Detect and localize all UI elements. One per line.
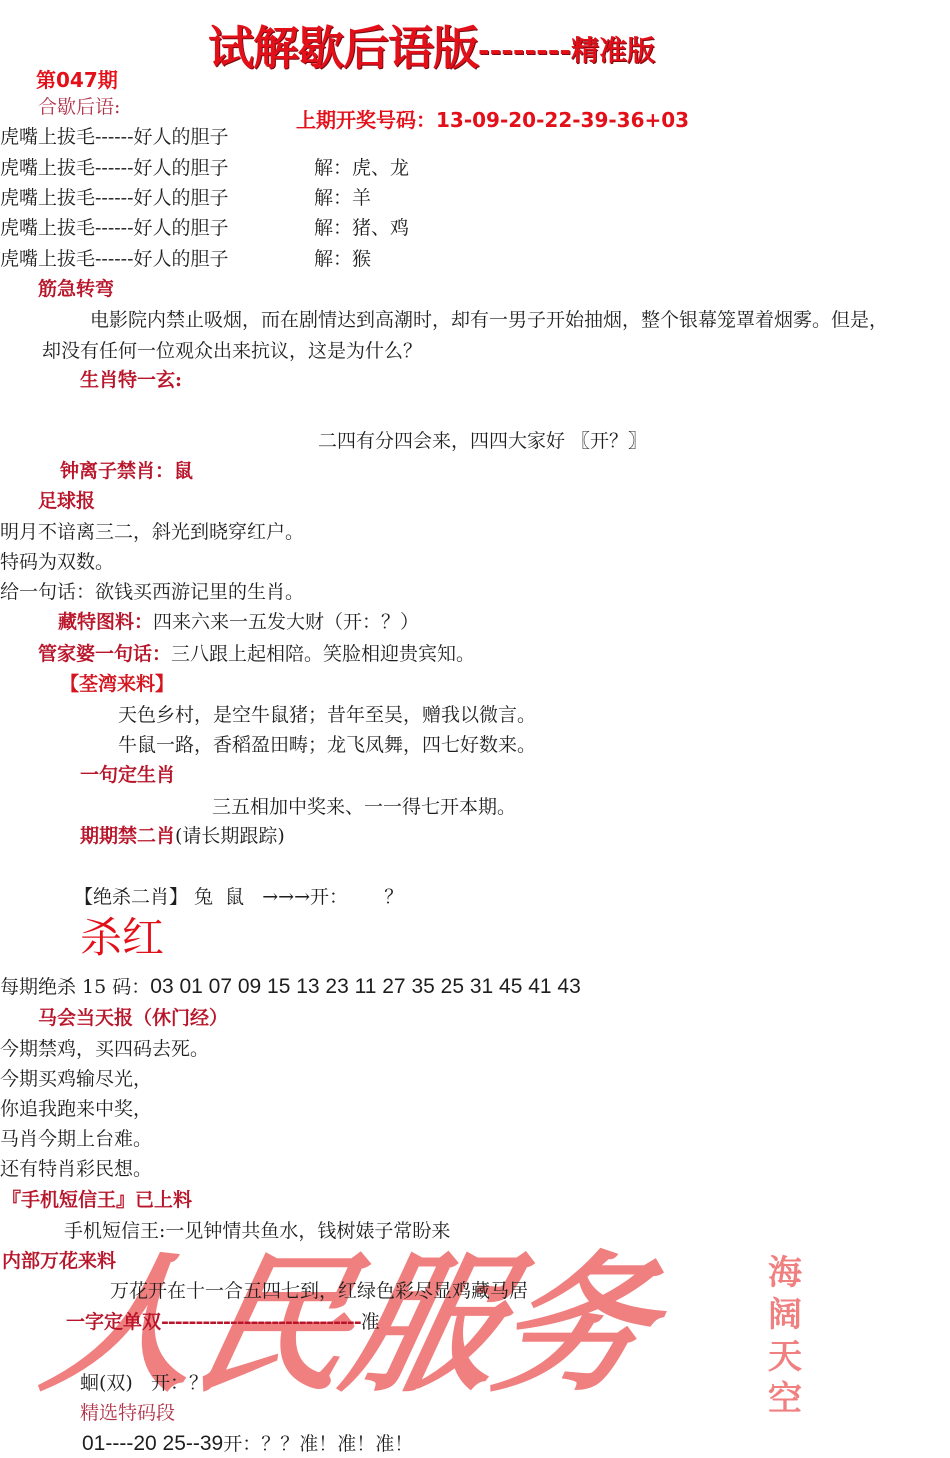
segment-heading: 精选特码段: [80, 1402, 175, 1424]
football-line: 给一句话：欲钱买西游记里的生肖。: [0, 581, 304, 603]
cangte-row: 藏特图料：四来六来一五发大财（开：？）: [58, 611, 419, 633]
document-page: 试解歇后语版--------精准版 第047期 上期开奖号码：13-09-20-…: [0, 0, 950, 1458]
sms-text: 手机短信王:一见钟情共鱼水，钱树婊子常盼来: [64, 1220, 450, 1242]
kill15-numbers: 03 01 07 09 15 13 23 11 27 35 25 31 45 4…: [150, 975, 581, 998]
qiqi-row: 期期禁二肖(请长期跟踪): [80, 825, 285, 847]
segment-row: 01----20 25--39开：？？准！准！准！: [82, 1433, 413, 1455]
wanhua-heading: 内部万花来料: [2, 1250, 116, 1272]
xiehouyu-answer: 解：虎、龙: [314, 157, 409, 179]
quanwan-heading: 【荃湾来料】: [60, 673, 174, 695]
xiehouyu-row: 虎嘴上拔毛------好人的胆子: [0, 157, 229, 179]
football-heading: 足球报: [38, 490, 95, 512]
xiehouyu-heading: 合歇后语:: [38, 96, 120, 118]
title-main: 试解歇后语版: [208, 21, 478, 75]
yiju-heading: 一句定生肖: [80, 764, 175, 786]
danshuang-heading: 一字定单双: [66, 1311, 161, 1333]
qiqi-heading: 期期禁二肖: [80, 825, 175, 847]
last-draw: 上期开奖号码：13-09-20-22-39-36+03: [296, 104, 689, 133]
xiehouyu-answer: 解：猪、鸡: [314, 217, 409, 239]
kill15-row: 每期绝杀 15 码：03 01 07 09 15 13 23 11 27 35 …: [0, 976, 581, 998]
danshuang-text: 蛔(双) 开：？: [80, 1372, 208, 1394]
shengxiao-xuan-heading: 生肖特一玄:: [80, 369, 182, 391]
cangte-text: 四来六来一五发大财（开：？）: [153, 611, 419, 633]
football-line: 明月不谙离三二，斜光到晓穿红户。: [0, 521, 304, 543]
issue-number: 第047期: [36, 64, 118, 93]
guanjiapo-text: 三八跟上起相陪。笑脸相迎贵宾知。: [171, 643, 475, 665]
last-draw-label: 上期开奖号码：: [296, 108, 436, 132]
qiqi-note: (请长期跟踪): [175, 825, 285, 847]
football-line: 特码为双数。: [0, 551, 114, 573]
last-draw-numbers: 13-09-20-22-39-36+03: [436, 108, 689, 132]
mahui-line: 还有特肖彩民想。: [0, 1158, 152, 1180]
danshuang-dashes: -----------------------------: [161, 1311, 361, 1333]
xiehouyu-row: 虎嘴上拔毛------好人的胆子: [0, 248, 229, 270]
guanjiapo-row: 管家婆一句话：三八跟上起相陪。笑脸相迎贵宾知。: [38, 643, 475, 665]
shahong-heading: 杀红: [80, 914, 164, 962]
xiehouyu-row: 虎嘴上拔毛------好人的胆子: [0, 187, 229, 209]
juesha-text: 【绝杀二肖】 兔 鼠 →→→开： ？: [74, 886, 403, 908]
title-dashes: --------: [478, 34, 571, 67]
brain-teaser-line: 电影院内禁止吸烟，而在剧情达到高潮时，却有一男子开始抽烟，整个银幕笼罩着烟雾。但…: [90, 309, 888, 331]
danshuang-row: 一字定单双-----------------------------准: [66, 1311, 380, 1333]
xiehouyu-answer: 解：羊: [314, 187, 371, 209]
mahui-line: 马肖今期上台难。: [0, 1128, 152, 1150]
title-suffix: 精准版: [571, 34, 655, 67]
mahui-line: 你追我跑来中奖，: [0, 1098, 152, 1120]
page-title: 试解歇后语版--------精准版: [208, 22, 655, 77]
mahui-line: 今期买鸡输尽光，: [0, 1068, 152, 1090]
guanjiapo-label: 管家婆一句话：: [38, 643, 171, 665]
shengxiao-xuan-text: 二四有分四会来，四四大家好 〖开？〗: [318, 430, 647, 452]
segment-numbers: 01----20 25--39: [82, 1432, 223, 1455]
mahui-line: 今期禁鸡，买四码去死。: [0, 1038, 209, 1060]
sms-heading: 『手机短信王』已上料: [2, 1189, 192, 1211]
quanwan-line: 天色乡村，是空牛鼠猪；昔年至吴，赠我以微言。: [118, 704, 536, 726]
wanhua-text: 万花开在十一合五四七到，红绿色彩尽显鸡藏马居: [110, 1280, 528, 1302]
brain-teaser-heading: 筋急转弯: [38, 278, 114, 300]
xiehouyu-answer: 解：猴: [314, 248, 371, 270]
zhongli-label: 钟离子禁肖：鼠: [60, 460, 193, 482]
brain-teaser-line: 却没有任何一位观众出来抗议，这是为什么？: [42, 340, 422, 362]
cangte-label: 藏特图料：: [58, 611, 153, 633]
danshuang-suffix: 准: [361, 1311, 380, 1333]
xiehouyu-row: 虎嘴上拔毛------好人的胆子: [0, 217, 229, 239]
xiehouyu-row: 虎嘴上拔毛------好人的胆子: [0, 126, 229, 148]
yiju-text: 三五相加中奖来、一一得七开本期。: [212, 796, 516, 818]
segment-suffix: 开：？？准！准！准！: [223, 1433, 413, 1455]
quanwan-line: 牛鼠一路，香稻盈田畴；龙飞凤舞，四七好数来。: [118, 734, 536, 756]
mahui-heading: 马会当天报（休门经）: [38, 1007, 228, 1029]
kill15-label: 每期绝杀 15 码：: [0, 976, 150, 998]
